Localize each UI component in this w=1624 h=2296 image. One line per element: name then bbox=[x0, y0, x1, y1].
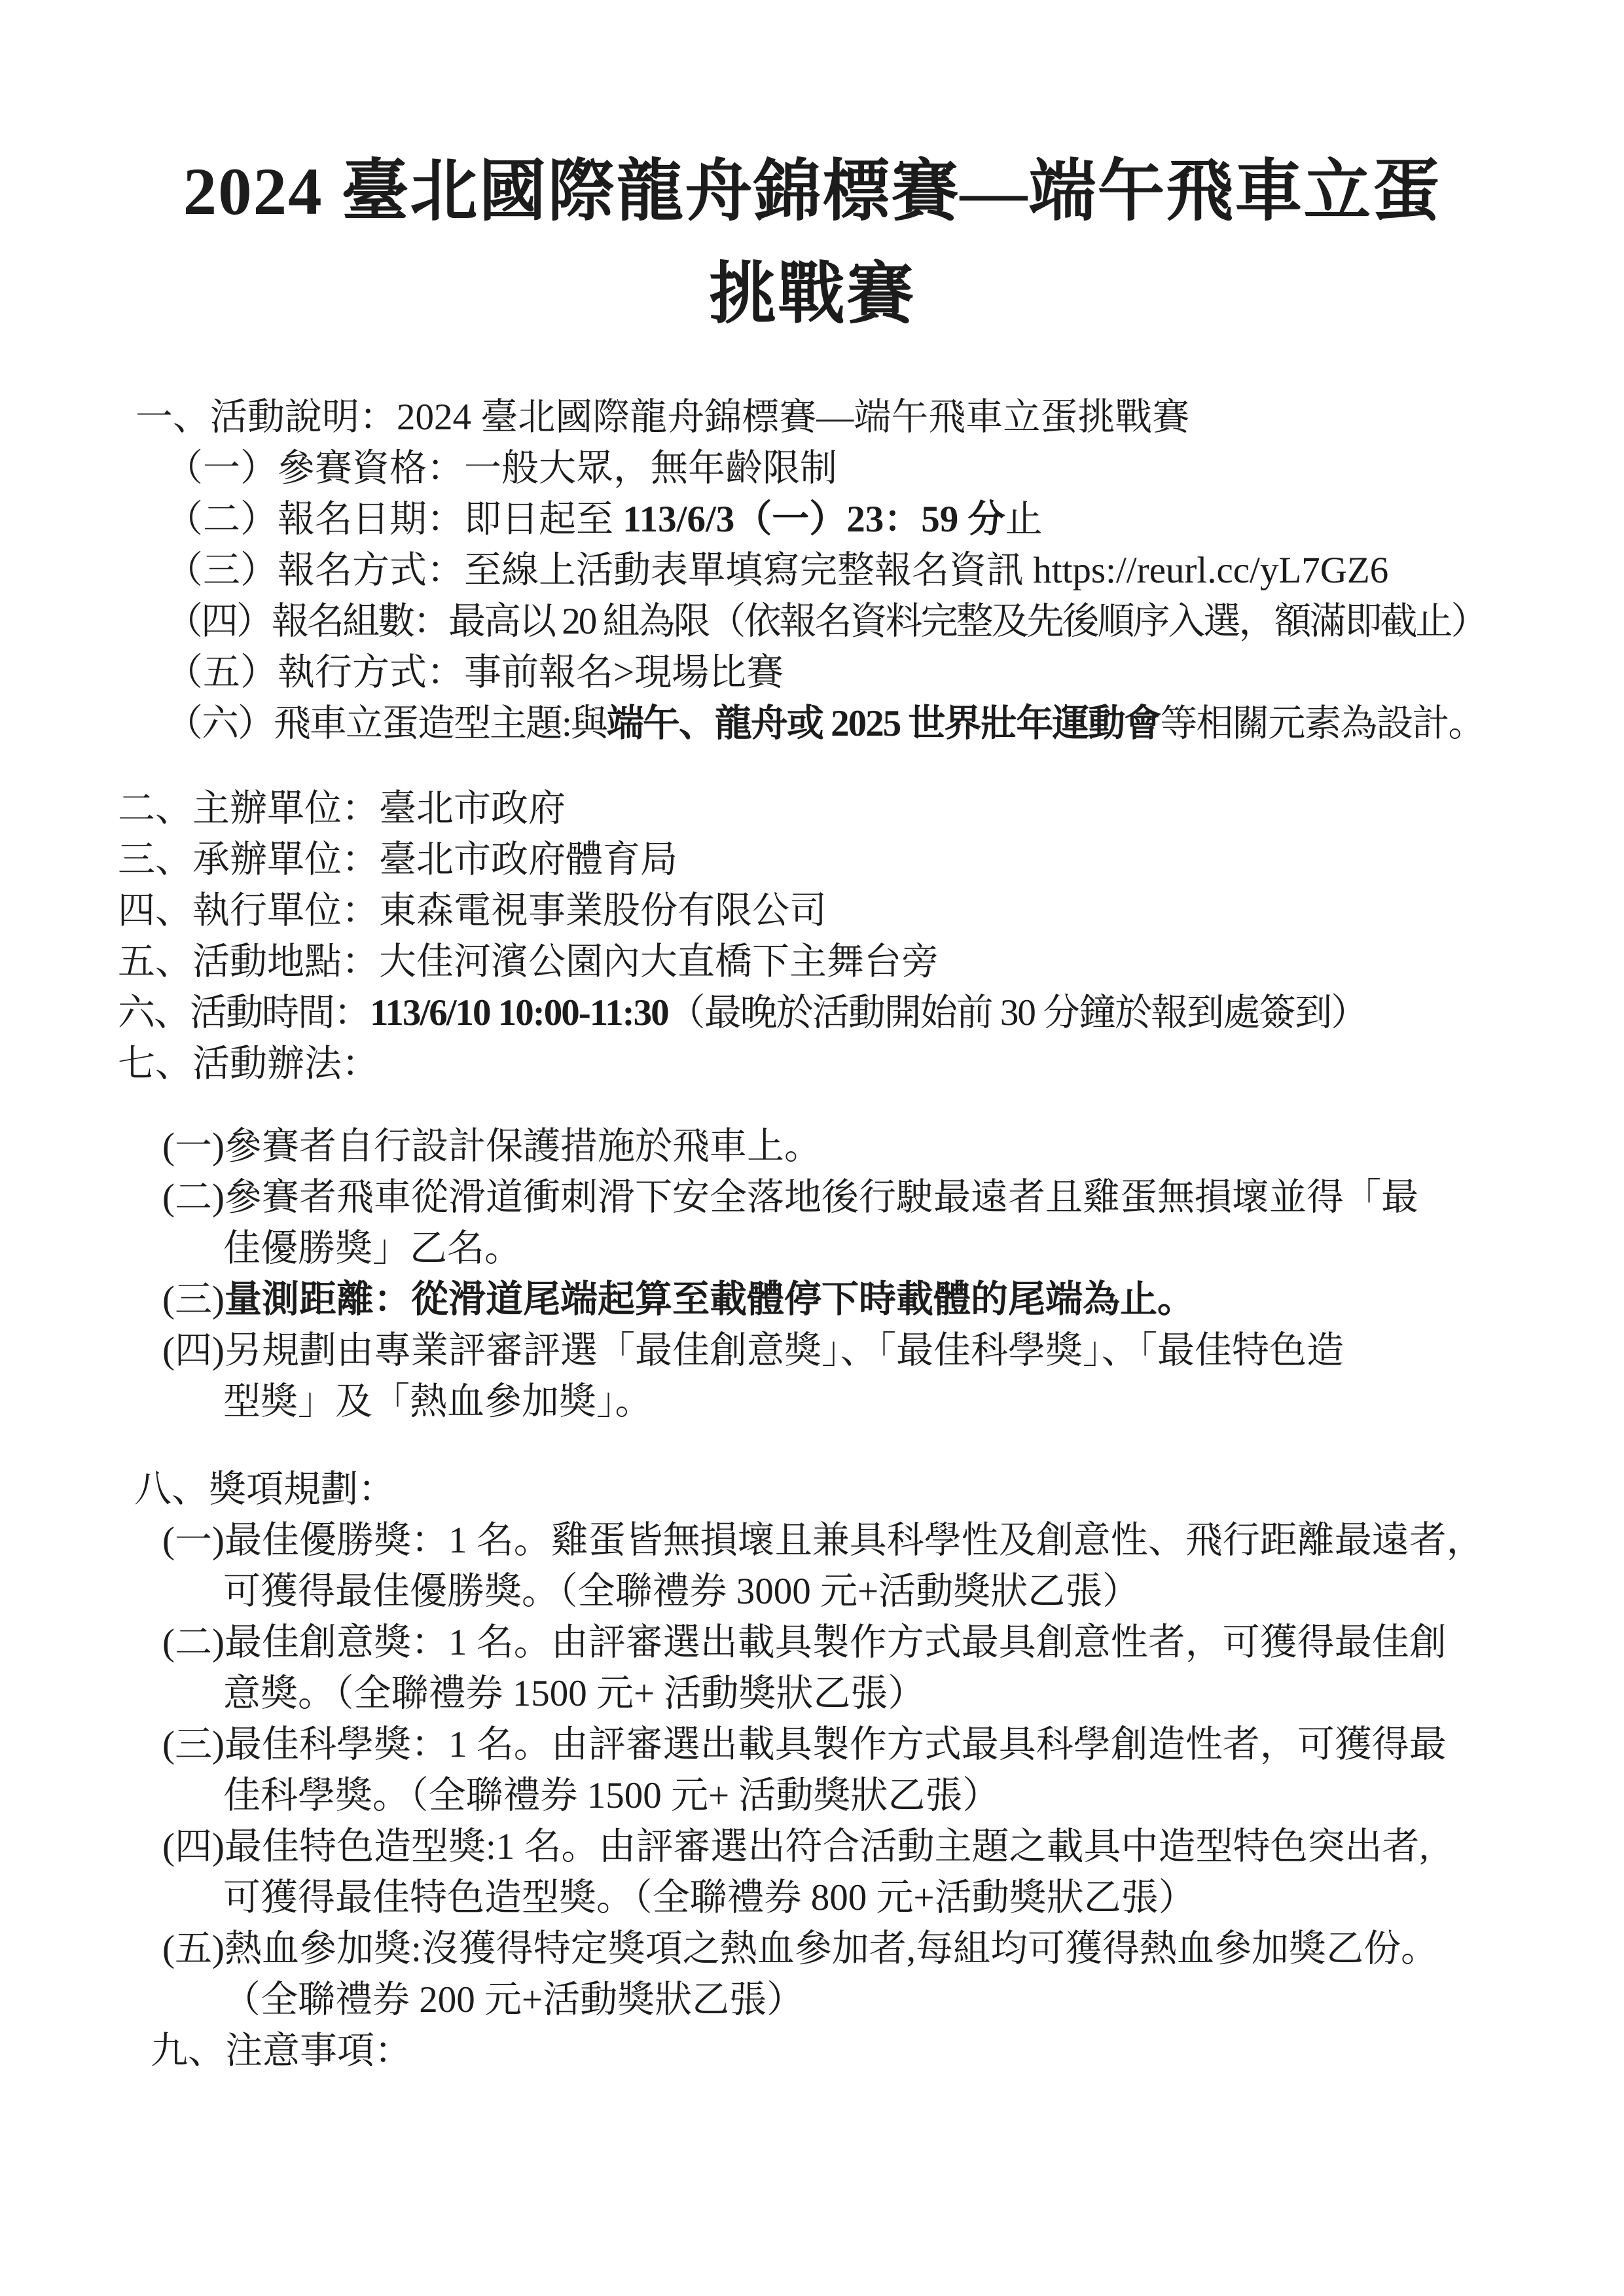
section-1-text: 活動說明：2024 臺北國際龍舟錦標賽—端午飛車立蛋挑戰賽 bbox=[210, 397, 1189, 438]
item-text: 參賽者飛車從滑道衝刺滑下安全落地後行駛最遠者且雞蛋無損壞並得「最 bbox=[225, 1177, 1418, 1218]
item-text: 佳科學獎。（全聯禮券 1500 元+ 活動獎狀乙張） bbox=[223, 1775, 1000, 1816]
item-label: (一) bbox=[162, 1520, 225, 1561]
section-9-text: 注意事項： bbox=[225, 2030, 412, 2072]
item-label: （四） bbox=[166, 601, 272, 642]
section-2-number: 二、 bbox=[118, 788, 192, 829]
section-7-number: 七、 bbox=[118, 1043, 192, 1085]
section-4-text: 執行單位：東森電視事業股份有限公司 bbox=[192, 890, 827, 931]
item-text: 最佳科學獎：1 名。由評審選出載具製作方式最具科學創造性者，可獲得最 bbox=[225, 1724, 1447, 1765]
section-1-item-5: （五）執行方式：事前報名>現場比賽 bbox=[166, 647, 1526, 698]
item-label: (一) bbox=[162, 1126, 225, 1167]
section-5-venue: 五、活動地點：大佳河濱公園內大直橋下主舞台旁 bbox=[118, 937, 1526, 988]
item-label: (二) bbox=[162, 1177, 225, 1218]
item-label: (五) bbox=[162, 1928, 225, 1969]
item-text: 參賽資格：一般大眾，無年齡限制 bbox=[278, 448, 837, 489]
section-6-text: 活動時間： bbox=[190, 992, 370, 1033]
section-8-heading: 八、獎項規劃： bbox=[134, 1464, 1526, 1515]
document-body: 一、活動說明：2024 臺北國際龍舟錦標賽—端午飛車立蛋挑戰賽 （一）參賽資格：… bbox=[0, 392, 1624, 2077]
item-label: (四) bbox=[162, 1826, 225, 1867]
section-8-item-4-best-styling-award: (四)最佳特色造型獎:1 名。由評審選出符合活動主題之載具中造型特色突出者,可獲… bbox=[162, 1821, 1526, 1924]
item-label: （一） bbox=[166, 448, 278, 489]
section-4-executor: 四、執行單位：東森電視事業股份有限公司 bbox=[118, 886, 1526, 937]
section-1-item-4: （四）報名組數：最高以 20 組為限（依報名資料完整及先後順序入選，額滿即截止） bbox=[166, 596, 1526, 647]
item-label: (四) bbox=[162, 1330, 225, 1371]
section-3-co-organizer: 三、承辦單位：臺北市政府體育局 bbox=[118, 834, 1526, 886]
item-label: (二) bbox=[162, 1622, 225, 1663]
section-8-text: 獎項規劃： bbox=[209, 1469, 395, 1510]
measure-rule-text: 量測距離：從滑道尾端起算至載體停下時載體的尾端為止。 bbox=[225, 1279, 1195, 1320]
section-4-number: 四、 bbox=[118, 890, 192, 931]
item-text: 飛車立蛋造型主題:與 bbox=[274, 703, 607, 744]
section-6-text: （最晚於活動開始前 30 分鐘於報到處簽到） bbox=[668, 992, 1367, 1033]
item-text: 報名組數：最高以 20 組為限（依報名資料完整及先後順序入選，額滿即截止） bbox=[272, 601, 1487, 642]
section-6-number: 六、 bbox=[118, 992, 190, 1033]
item-text: 執行方式：事前報名>現場比賽 bbox=[278, 652, 784, 693]
item-text: 型獎」及「熱血參加獎」。 bbox=[223, 1381, 653, 1422]
document-title: 2024 臺北國際龍舟錦標賽—端午飛車立蛋 挑戰賽 bbox=[0, 141, 1624, 346]
section-7-heading: 七、活動辦法： bbox=[118, 1039, 1526, 1090]
section-3-text: 承辦單位：臺北市政府體育局 bbox=[192, 839, 677, 880]
section-7-text: 活動辦法： bbox=[192, 1043, 379, 1085]
section-7-item-2: (二)參賽者飛車從滑道衝刺滑下安全落地後行駛最遠者且雞蛋無損壞並得「最佳優勝獎」… bbox=[162, 1172, 1526, 1274]
section-5-text: 活動地點：大佳河濱公園內大直橋下主舞台旁 bbox=[192, 941, 939, 982]
registration-deadline: 113/6/3（一）23：59 分 bbox=[623, 499, 1005, 540]
section-8-item-3-best-science-award: (三)最佳科學獎：1 名。由評審選出載具製作方式最具科學創造性者，可獲得最佳科學… bbox=[162, 1719, 1526, 1821]
item-text: 熱血參加獎:沒獲得特定獎項之熱血參加者,每組均可獲得熱血參加獎乙份。 bbox=[225, 1928, 1438, 1969]
section-3-number: 三、 bbox=[118, 839, 192, 880]
item-text: 報名方式：至線上活動表單填寫完整報名資訊 https://reurl.cc/yL… bbox=[278, 550, 1388, 591]
event-datetime: 113/6/10 10:00-11:30 bbox=[370, 992, 668, 1033]
item-text: 可獲得最佳優勝獎。（全聯禮券 3000 元+活動獎狀乙張） bbox=[223, 1571, 1140, 1612]
section-1-item-6: （六）飛車立蛋造型主題:與端午、龍舟或 2025 世界壯年運動會等相關元素為設計… bbox=[166, 698, 1526, 749]
section-7-item-4: (四)另規劃由專業評審評選「最佳創意獎」、「最佳科學獎」、「最佳特色造型獎」及「… bbox=[162, 1325, 1526, 1427]
item-label: （六） bbox=[166, 703, 274, 744]
item-text: 最佳優勝獎：1 名。雞蛋皆無損壞且兼具科學性及創意性、飛行距離最遠者， bbox=[225, 1520, 1484, 1561]
item-text: 參賽者自行設計保護措施於飛車上。 bbox=[225, 1126, 821, 1167]
item-text: 最佳創意獎：1 名。由評審選出載具製作方式最具創意性者，可獲得最佳創 bbox=[225, 1622, 1447, 1663]
section-7-item-3-measure-rule: (三)量測距離：從滑道尾端起算至載體停下時載體的尾端為止。 bbox=[162, 1274, 1526, 1325]
item-text: （全聯禮券 200 元+活動獎狀乙張） bbox=[223, 1979, 804, 2020]
item-label: （五） bbox=[166, 652, 278, 693]
section-7-item-1: (一)參賽者自行設計保護措施於飛車上。 bbox=[162, 1121, 1526, 1172]
item-label: （二） bbox=[166, 499, 278, 540]
item-text: 止 bbox=[1005, 499, 1043, 540]
document-page: 2024 臺北國際龍舟錦標賽—端午飛車立蛋 挑戰賽 一、活動說明：2024 臺北… bbox=[0, 0, 1624, 2296]
section-1-number: 一、 bbox=[135, 397, 210, 438]
document-title-line2: 挑戰賽 bbox=[0, 243, 1624, 346]
section-1-item-1: （一）參賽資格：一般大眾，無年齡限制 bbox=[166, 443, 1526, 494]
section-9-heading: 九、注意事項： bbox=[151, 2026, 1526, 2077]
section-5-number: 五、 bbox=[118, 941, 192, 982]
item-text: 等相關元素為設計。 bbox=[1160, 703, 1484, 744]
document-title-line1: 2024 臺北國際龍舟錦標賽—端午飛車立蛋 bbox=[0, 141, 1624, 243]
item-text: 最佳特色造型獎:1 名。由評審選出符合活動主題之載具中造型特色突出者, bbox=[225, 1826, 1429, 1867]
item-text: 佳優勝獎」乙名。 bbox=[223, 1228, 522, 1269]
section-8-item-2-best-creativity-award: (二)最佳創意獎：1 名。由評審選出載具製作方式最具創意性者，可獲得最佳創意獎。… bbox=[162, 1617, 1526, 1719]
section-8-item-5-participation-award: (五)熱血參加獎:沒獲得特定獎項之熱血參加者,每組均可獲得熱血參加獎乙份。（全聯… bbox=[162, 1924, 1526, 2026]
section-6-event-time: 六、活動時間：113/6/10 10:00-11:30（最晚於活動開始前 30 … bbox=[118, 988, 1526, 1039]
section-2-text: 主辦單位：臺北市政府 bbox=[192, 788, 566, 829]
section-8-item-1-best-winner-award: (一)最佳優勝獎：1 名。雞蛋皆無損壞且兼具科學性及創意性、飛行距離最遠者，可獲… bbox=[162, 1515, 1526, 1617]
item-label: (三) bbox=[162, 1724, 225, 1765]
item-label: (三) bbox=[162, 1279, 225, 1320]
section-1-heading: 一、活動說明：2024 臺北國際龍舟錦標賽—端午飛車立蛋挑戰賽 bbox=[135, 392, 1526, 443]
item-label: （三） bbox=[166, 550, 278, 591]
section-9-number: 九、 bbox=[151, 2030, 225, 2072]
item-text: 可獲得最佳特色造型獎。（全聯禮券 800 元+活動獎狀乙張） bbox=[223, 1877, 1196, 1918]
section-1-item-2: （二）報名日期：即日起至 113/6/3（一）23：59 分止 bbox=[166, 494, 1526, 545]
section-1-item-3-registration-url: （三）報名方式：至線上活動表單填寫完整報名資訊 https://reurl.cc… bbox=[166, 545, 1526, 596]
item-text: 意獎。（全聯禮券 1500 元+ 活動獎狀乙張） bbox=[223, 1673, 925, 1714]
item-text: 另規劃由專業評審評選「最佳創意獎」、「最佳科學獎」、「最佳特色造 bbox=[225, 1330, 1344, 1371]
item-text: 報名日期：即日起至 bbox=[278, 499, 623, 540]
section-2-organizer: 二、主辦單位：臺北市政府 bbox=[118, 783, 1526, 834]
design-theme: 端午、龍舟或 2025 世界壯年運動會 bbox=[607, 703, 1161, 744]
section-8-number: 八、 bbox=[134, 1469, 209, 1510]
